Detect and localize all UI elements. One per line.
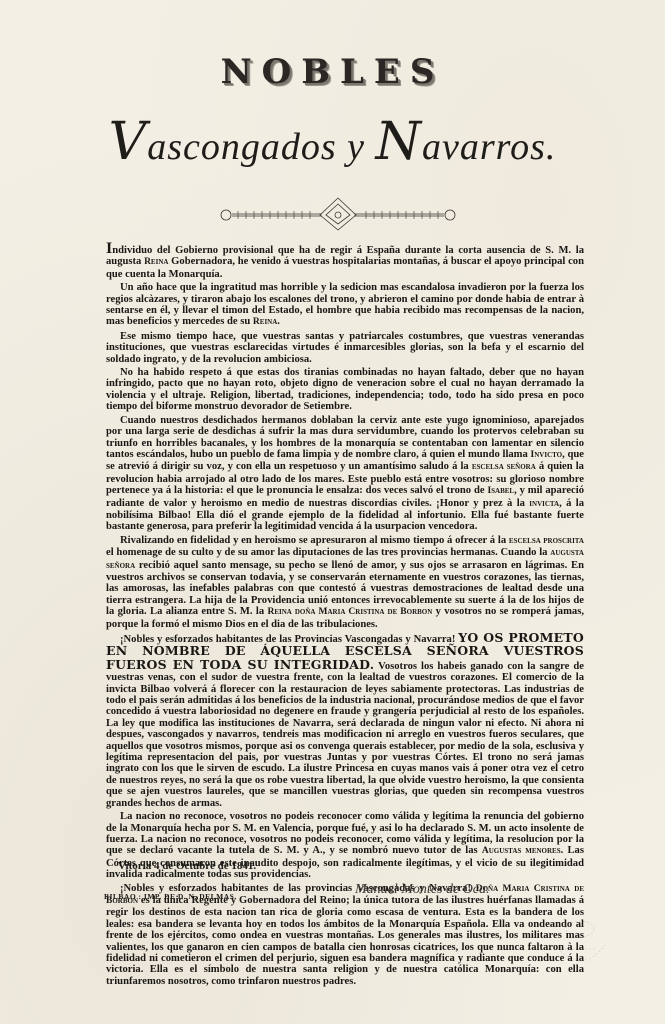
paragraph-6: Rivalizando en fidelidad y en heroismo s… — [106, 535, 584, 630]
proclamation-body: Individuo del Gobierno provisional que h… — [106, 243, 584, 989]
p2-text-b: . — [277, 316, 280, 327]
p1-smallcaps-a: Reina — [144, 257, 168, 267]
title-nobles: NOBLES — [0, 52, 665, 92]
p6-text-a: Rivalizando en fidelidad y en heroismo s… — [120, 535, 509, 546]
p6-text-b: el homenage de su culto y de su amor las… — [106, 547, 550, 558]
p5-smallcaps-a: Invicto — [531, 450, 563, 460]
paragraph-3: Ese mismo tiempo hace, que vuestras sant… — [106, 331, 584, 365]
subtitle-vascongados-y-navarros: Vascongados y Navarros. — [0, 112, 665, 172]
p7-text-b: Vosotros los habeis ganado con la sangre… — [106, 661, 584, 809]
subtitle-word-navarros: avarros. — [422, 126, 556, 168]
printer-imprint: BILBAO : IMP. DE D. N. DELMAS. — [104, 892, 237, 901]
subtitle-initial-n: N — [376, 112, 423, 172]
p5-smallcaps-d: invicta — [529, 499, 559, 509]
p5-smallcaps-c: Isabel — [487, 486, 514, 496]
paragraph-2: Un año hace que la ingratitud mas horrib… — [106, 282, 584, 329]
p5-text-a: Cuando nuestros desdichados hermanos dob… — [106, 415, 584, 460]
p9-text-b: es la única Regente y Gobernadora del Re… — [106, 895, 584, 987]
p1-text-b: Gobernadora, he venido á vuestras hospit… — [106, 256, 584, 279]
broadside-page: NOBLES Vascongados y Navarros. — [0, 0, 665, 1024]
decorative-border-ornament-icon — [218, 196, 458, 232]
paragraph-1: Individuo del Gobierno provisional que h… — [106, 243, 584, 280]
subtitle-word-vascongados: ascongados — [147, 126, 336, 168]
p5-smallcaps-b: escelsa señora — [472, 462, 536, 472]
p2-smallcaps-a: Reina — [253, 317, 277, 327]
p2-text-a: Un año hace que la ingratitud mas horrib… — [106, 282, 584, 327]
subtitle-initial-v: V — [109, 112, 148, 172]
signature: Manuel Montes de Oca. — [355, 882, 490, 898]
p6-smallcaps-a: escelsa proscrita — [509, 536, 584, 546]
subtitle-conjunction: y — [347, 126, 365, 168]
p8-smallcaps-a: Augustas menores — [482, 846, 561, 856]
paragraph-4: No ha habido respeto á que estas dos tir… — [106, 367, 584, 413]
p6-smallcaps-c: Reina doña Maria Cristina de Borbon — [267, 607, 432, 617]
paragraph-7: ¡Nobles y esforzados habitantes de las P… — [106, 632, 584, 809]
paragraph-5: Cuando nuestros desdichados hermanos dob… — [106, 415, 584, 533]
dateline: Vitoria 4 de Octubre de 1841. — [118, 860, 256, 872]
embossed-seal-icon — [545, 915, 615, 975]
